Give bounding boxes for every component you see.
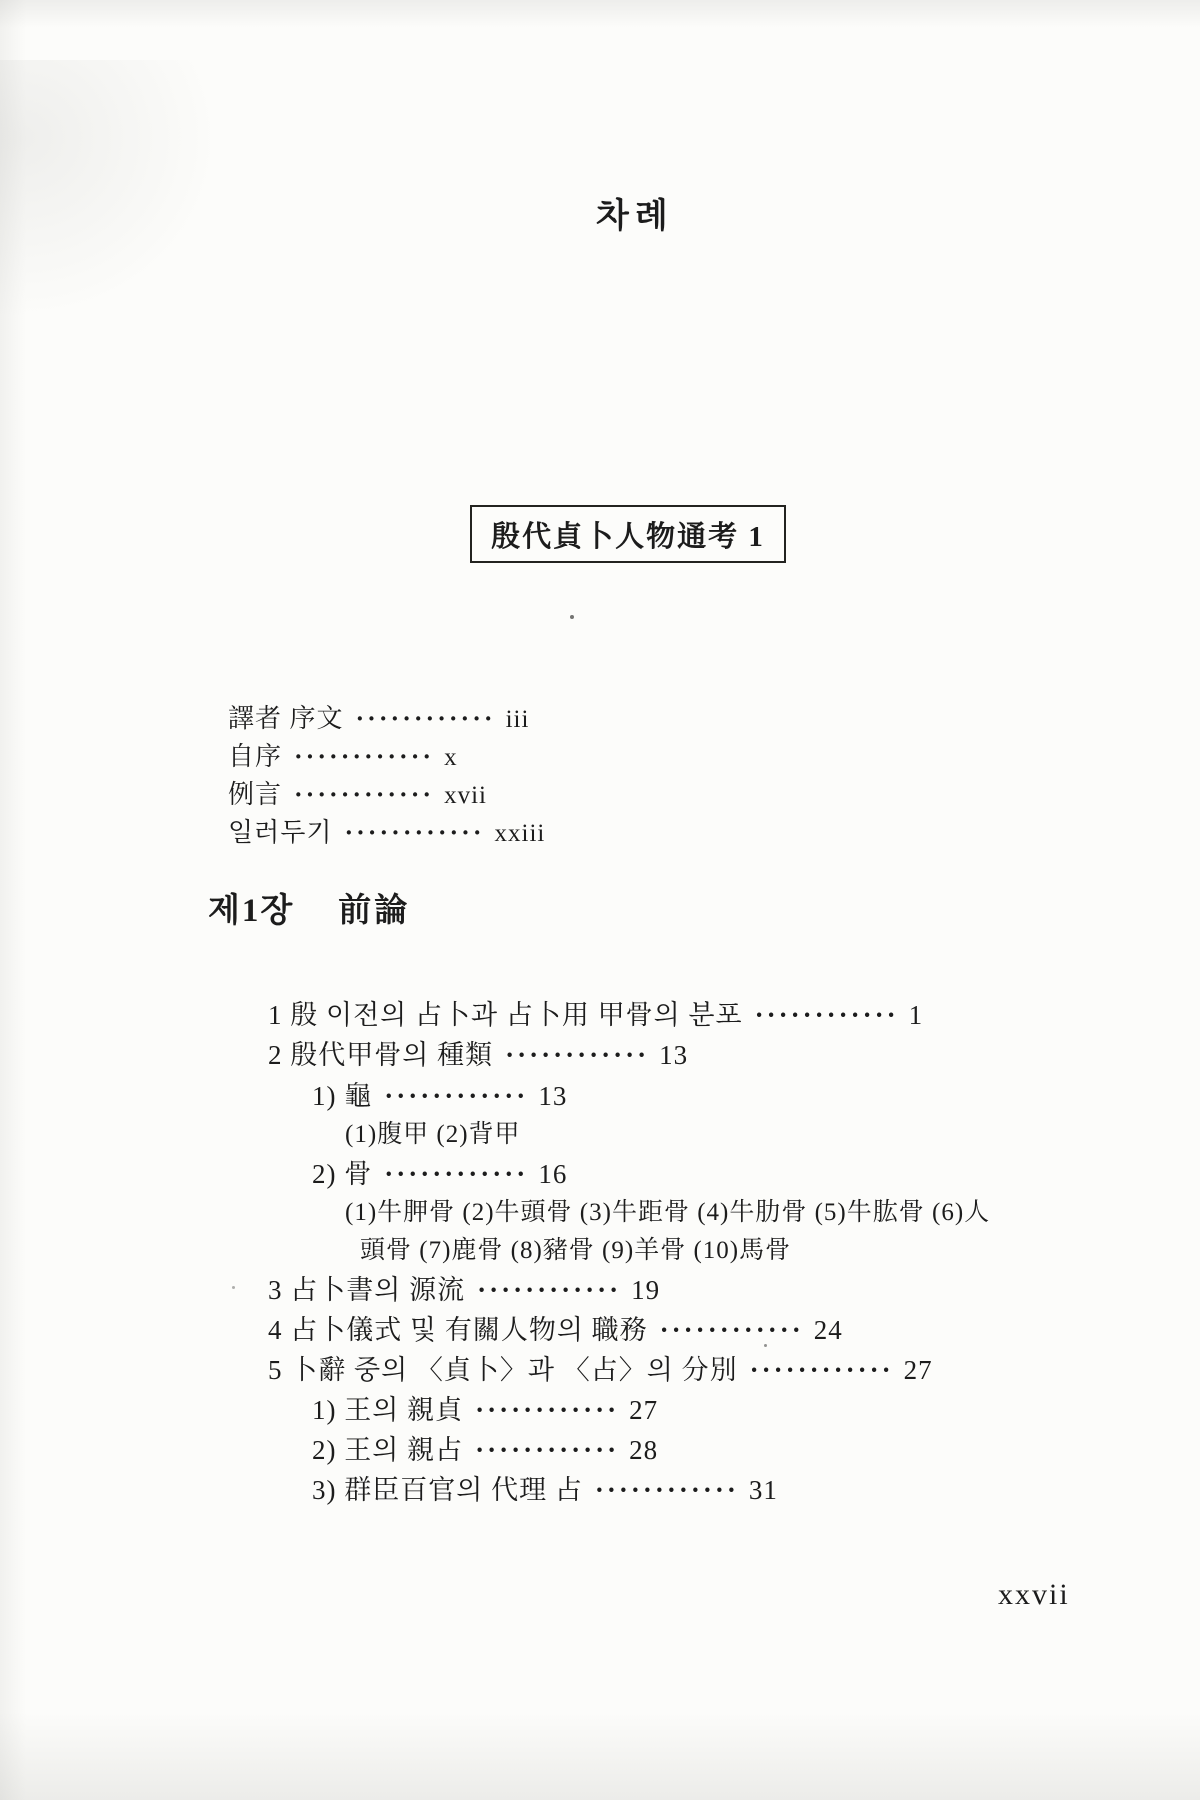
- page-ref: iii: [506, 706, 530, 733]
- toc-entry-text: 1) 龜: [312, 1081, 372, 1111]
- toc-entry: 3 占卜書의 源流············19: [268, 1268, 660, 1307]
- page-ref: 31: [749, 1475, 778, 1505]
- scan-shading-bottom: [0, 1712, 1200, 1800]
- dot-leader: ············: [356, 704, 496, 733]
- scan-speck: [232, 1286, 235, 1289]
- dot-leader: ············: [505, 1040, 649, 1070]
- toc-entry: (1)腹甲 (2)背甲: [345, 1114, 521, 1150]
- entry-label: 일러두기: [228, 818, 332, 847]
- toc-entry-text: 1) 王의 親貞: [312, 1395, 463, 1425]
- toc-entry-text: 5 卜辭 중의 〈貞卜〉과 〈占〉의 分別: [268, 1355, 738, 1385]
- page-ref: 1: [909, 1000, 924, 1030]
- dot-leader: ············: [294, 742, 434, 771]
- scan-shading-topleft: [0, 60, 220, 320]
- front-matter-entry: 例言············xvii: [228, 774, 545, 812]
- dot-leader: ············: [294, 780, 434, 809]
- entry-label: 譯者 序文: [228, 704, 344, 733]
- page-ref: 13: [538, 1081, 567, 1111]
- dot-leader: ············: [384, 1159, 528, 1189]
- scan-shading-left: [0, 0, 26, 1800]
- page-ref: xvii: [444, 782, 487, 809]
- entry-label: 例言: [228, 780, 282, 809]
- toc-entry-text: 2) 王의 親占: [312, 1435, 463, 1465]
- toc-entry-continuation: 頭骨 (7)鹿骨 (8)豬骨 (9)羊骨 (10)馬骨: [360, 1230, 791, 1266]
- toc-entry: 4 占卜儀式 및 有關人物의 職務············24: [268, 1308, 843, 1347]
- toc-entry-text: 3 占卜書의 源流: [268, 1275, 465, 1305]
- dot-leader: ············: [477, 1275, 621, 1305]
- toc-entry-text: (1)腹甲 (2)背甲: [345, 1121, 521, 1148]
- toc-entry-text: 2 殷代甲骨의 種類: [268, 1040, 493, 1070]
- dot-leader: ············: [475, 1435, 619, 1465]
- chapter-number: 제1장: [208, 893, 294, 929]
- page-ref: 16: [538, 1159, 567, 1189]
- dot-leader: ············: [475, 1395, 619, 1425]
- toc-entry: 1) 王의 親貞············27: [312, 1388, 658, 1427]
- dot-leader: ············: [595, 1475, 739, 1505]
- front-matter-entry: 自序············x: [228, 736, 545, 774]
- toc-entry: 1) 龜············13: [312, 1074, 567, 1113]
- scan-shading-top: [0, 0, 1200, 28]
- page-ref: 27: [904, 1355, 933, 1385]
- dot-leader: ············: [750, 1355, 894, 1385]
- toc-entry: 2) 王의 親占············28: [312, 1428, 658, 1467]
- chapter-heading: 제1장前論: [208, 884, 410, 931]
- toc-entry-text: 2) 骨: [312, 1159, 372, 1189]
- scan-speck: [570, 615, 574, 619]
- front-matter-entry: 譯者 序文············iii: [228, 698, 545, 736]
- entry-label: 自序: [228, 742, 282, 771]
- dot-leader: ············: [660, 1315, 804, 1345]
- toc-entry: 1 殷 이전의 占卜과 占卜用 甲骨의 분포············1: [268, 993, 923, 1032]
- toc-entry: (1)牛胛骨 (2)牛頭骨 (3)牛距骨 (4)牛肋骨 (5)牛肱骨 (6)人: [345, 1192, 990, 1228]
- toc-entry: 2) 骨············16: [312, 1152, 567, 1191]
- folio-page-number: xxvii: [998, 1578, 1070, 1612]
- dot-leader: ············: [344, 818, 484, 847]
- page-ref: 24: [814, 1315, 843, 1345]
- dot-leader: ············: [755, 1000, 899, 1030]
- page-ref: 27: [629, 1395, 658, 1425]
- page-ref: x: [444, 744, 458, 771]
- toc-entry: 2 殷代甲骨의 種類············13: [268, 1033, 688, 1072]
- chapter-title: 前論: [338, 893, 410, 929]
- toc-entry-text: 3) 群臣百官의 代理 占: [312, 1475, 583, 1505]
- page-ref: xxiii: [495, 820, 546, 847]
- front-matter-list: 譯者 序文············iii 自序············x 例言·…: [228, 698, 545, 850]
- page-ref: 19: [631, 1275, 660, 1305]
- book-title: 殷代貞卜人物通考 1: [491, 514, 765, 555]
- dot-leader: ············: [384, 1081, 528, 1111]
- contents-title: 차례: [596, 188, 674, 237]
- toc-entry-text: 4 占卜儀式 및 有關人物의 職務: [268, 1315, 648, 1345]
- toc-entry-text: 1 殷 이전의 占卜과 占卜用 甲骨의 분포: [268, 1000, 743, 1030]
- scanned-toc-page: 차례 殷代貞卜人物通考 1 譯者 序文············iii 自序···…: [0, 0, 1200, 1800]
- toc-entry-text: 頭骨 (7)鹿骨 (8)豬骨 (9)羊骨 (10)馬骨: [360, 1237, 791, 1264]
- page-ref: 28: [629, 1435, 658, 1465]
- front-matter-entry: 일러두기············xxiii: [228, 812, 545, 850]
- toc-entry-text: (1)牛胛骨 (2)牛頭骨 (3)牛距骨 (4)牛肋骨 (5)牛肱骨 (6)人: [345, 1199, 990, 1226]
- book-title-box: 殷代貞卜人物通考 1: [470, 505, 786, 563]
- toc-entry: 5 卜辭 중의 〈貞卜〉과 〈占〉의 分別············27: [268, 1348, 933, 1387]
- page-ref: 13: [659, 1040, 688, 1070]
- toc-entry: 3) 群臣百官의 代理 占············31: [312, 1468, 778, 1507]
